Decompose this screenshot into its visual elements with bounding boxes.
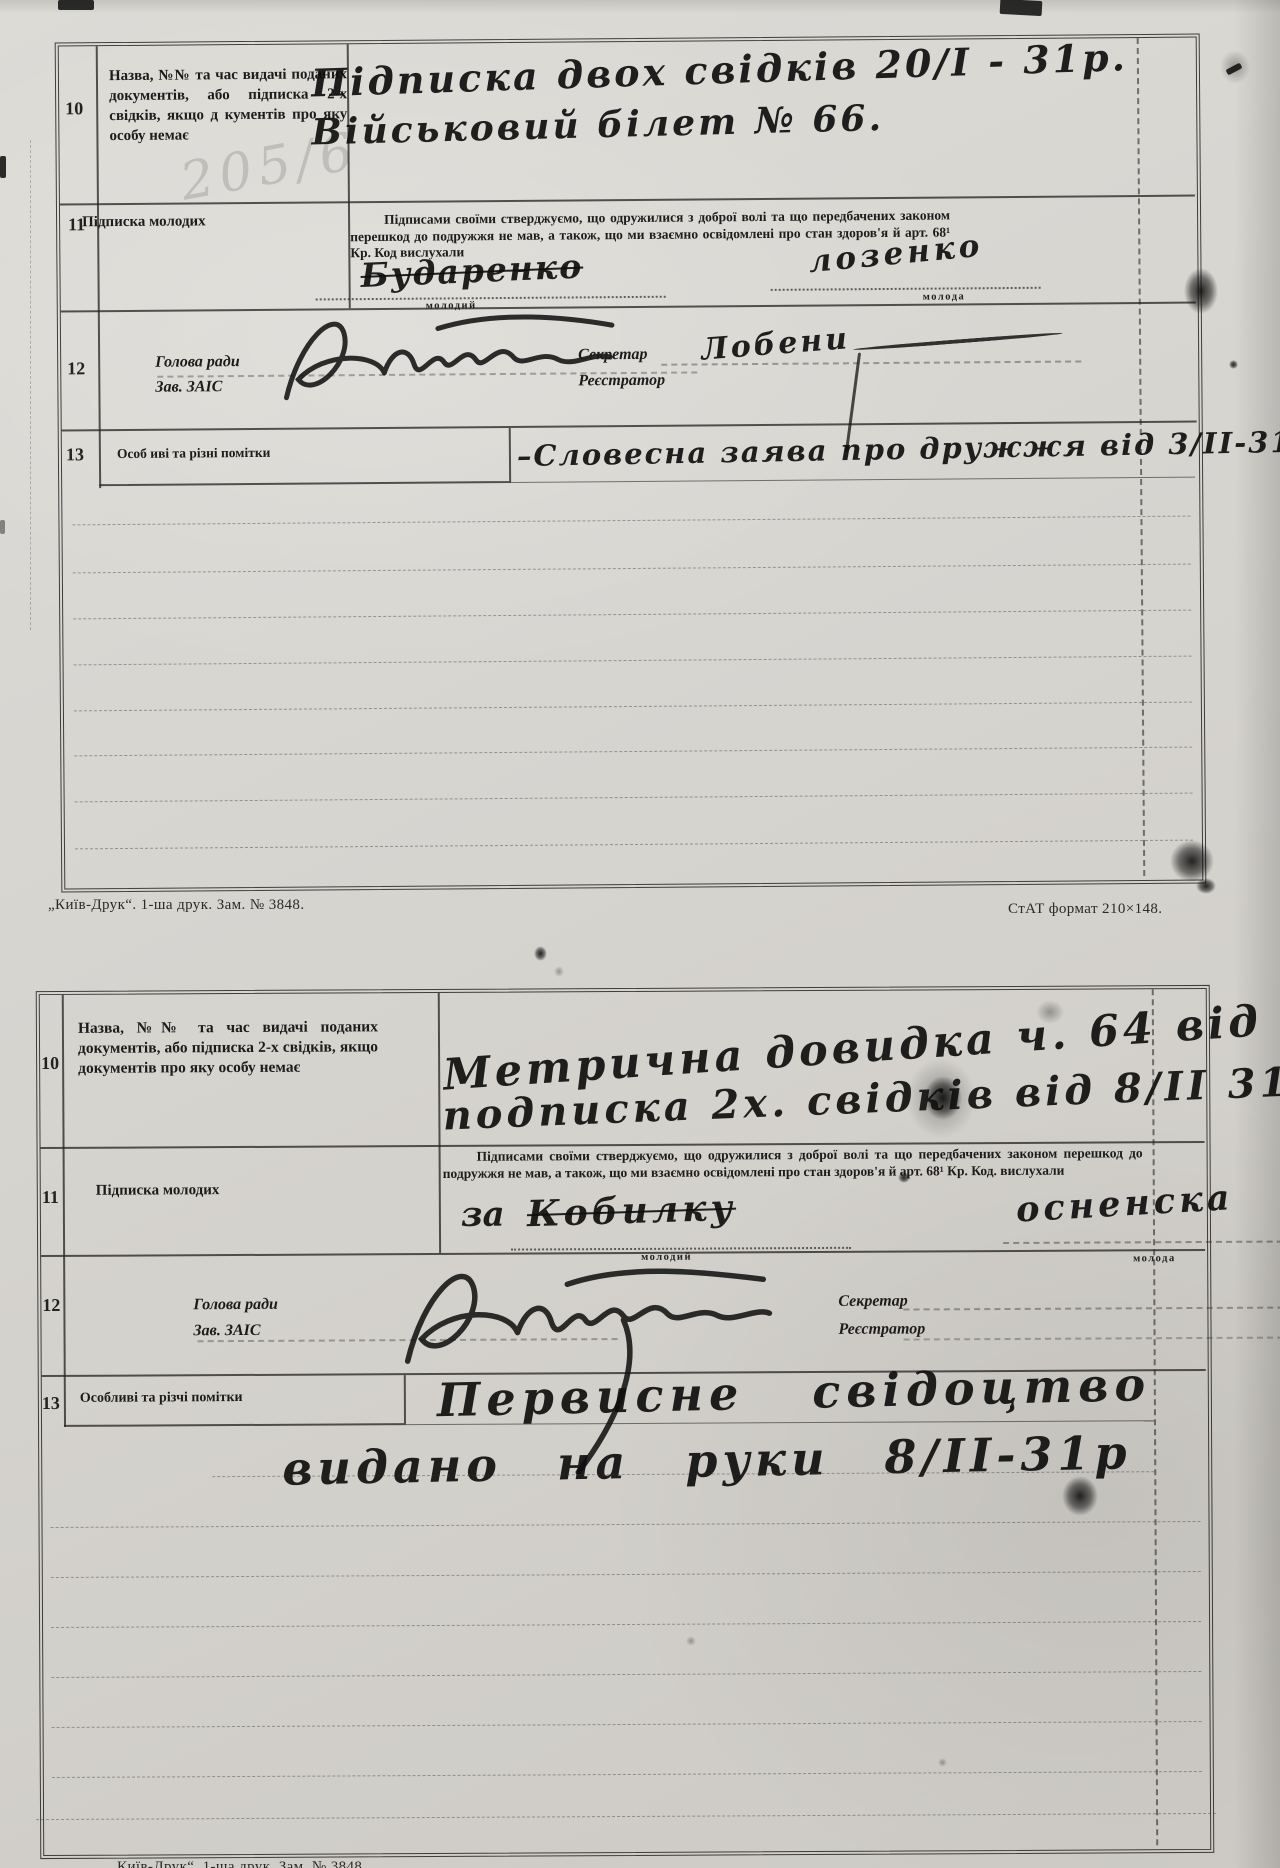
form1-row13-entry: –Словесна заява про дружжя від 3/ІІ-31р (517, 424, 1280, 473)
scanned-document-page: 10 11 12 13 Назва, №№ та час видачі пода… (0, 0, 1280, 1868)
form-2: 10 11 12 13 Назва, №№ та час видачі пода… (36, 985, 1215, 1859)
form-1: 10 11 12 13 Назва, №№ та час видачі пода… (55, 34, 1207, 893)
form2-secretary-line2 (904, 1336, 1280, 1340)
form1-print-imprint: „Київ-Друк“. 1-ша друк. Зам. № 3848. (48, 897, 304, 914)
form1-row10-entry-line2: Військовий білет № 66. (311, 97, 885, 153)
form1-rule (75, 793, 1193, 803)
ink-blot (1062, 1476, 1098, 1516)
form1-secretary-title1: Секретар (578, 346, 647, 365)
form1-rule (75, 840, 1193, 850)
form2-groom-signature: Кобилку (526, 1187, 736, 1236)
form1-rule (74, 656, 1192, 666)
form1-chairman-signature (256, 297, 627, 415)
form2-rule (51, 1671, 1201, 1678)
form2-rule (51, 1571, 1201, 1578)
form1-chair-title1: Голова ради (155, 353, 240, 372)
form1-rule (73, 564, 1191, 574)
form2-row10-label: Назва, №№ та час видачі поданих документ… (78, 1017, 378, 1079)
form2-rule (52, 1771, 1202, 1778)
form1-row13-label: Особ иві та різні помітки (117, 445, 271, 462)
ink-blot (1184, 268, 1218, 314)
form2-secretary-title2: Реєстратор (838, 1320, 925, 1338)
form2-row13-number: 13 (42, 1393, 60, 1414)
form2-chair-title1: Голова ради (193, 1296, 278, 1314)
form2-row10-number: 10 (41, 1053, 59, 1074)
left-margin-line (30, 140, 31, 630)
ink-blot (1170, 840, 1214, 882)
form2-rule (51, 1521, 1201, 1528)
form2-bride-signature: осненска (1015, 1177, 1235, 1230)
form2-bride-caption: молода (1133, 1253, 1176, 1264)
form1-number-divider (96, 46, 101, 488)
form1-bride-caption: молода (923, 291, 966, 302)
form2-rule (52, 1721, 1202, 1728)
form2-label-divider (438, 993, 441, 1253)
form2-print-imprint-partial: „Київ-Друк“. 1-ша друк. Зам. № 3848. (110, 1859, 366, 1868)
paper-top-shadow (0, 0, 1280, 14)
ink-dot (1196, 878, 1216, 894)
form1-rule (74, 747, 1192, 757)
form1-groom-signature: Бударенко (360, 246, 584, 294)
ink-blot (924, 1076, 962, 1120)
form2-secretary-title1: Секретар (838, 1293, 907, 1311)
form2-row11-label: Підписка молодих (96, 1182, 220, 1200)
form2-row11-number: 11 (42, 1187, 59, 1208)
form1-row10-number: 10 (65, 98, 83, 119)
stain (686, 1636, 696, 1646)
form1-row13-baseline (511, 477, 1195, 483)
form1-secretary-title2: Реєстратор (578, 372, 665, 391)
form2-rule (36, 1813, 1216, 1820)
ink-dot (898, 1172, 910, 1183)
form1-format-note: СтАТ формат 210×148. (1008, 901, 1162, 918)
form2-chair-title2: Зав. ЗАІС (193, 1322, 260, 1340)
form1-row10-entry-line1: Підписка двох свідків 20/І - 31р. (310, 34, 1128, 105)
form1-secretary-flourish (853, 331, 1063, 351)
paper-right-shadow (1234, 0, 1280, 1868)
form2-row12-number: 12 (42, 1295, 60, 1316)
form1-secretary-signature: Лобени (700, 321, 851, 367)
form1-row12-number: 12 (67, 358, 85, 379)
form2-number-divider (62, 995, 66, 1427)
form1-rule (73, 610, 1191, 620)
edge-mark (0, 520, 5, 534)
form1-chair-title2: Зав. ЗАІС (155, 378, 222, 397)
stain (1036, 1000, 1064, 1024)
form1-row11-bottom-border (61, 302, 1196, 313)
form1-row13-number: 13 (66, 444, 84, 465)
form2-secretary-line1 (903, 1307, 1280, 1311)
ink-mark (1000, 0, 1043, 16)
form2-groom-prefix: за (461, 1195, 505, 1235)
edge-mark (0, 156, 6, 178)
form2-row13-label: Особливі та різчі помітки (80, 1390, 243, 1407)
form1-bride-signature-line (771, 287, 1041, 291)
form2-right-column-divider (1152, 989, 1158, 1845)
form1-rule (74, 702, 1192, 712)
ink-mark (58, 0, 94, 10)
form1-row11-label: Підписка молодих (82, 213, 206, 231)
form2-row11-statement: Підписами своїми стверджуємо, що одружил… (443, 1145, 1143, 1182)
form1-rule (72, 516, 1190, 526)
ink-dot (534, 946, 547, 961)
form2-rule (51, 1621, 1201, 1628)
stain (938, 1758, 947, 1767)
stain (554, 966, 564, 977)
